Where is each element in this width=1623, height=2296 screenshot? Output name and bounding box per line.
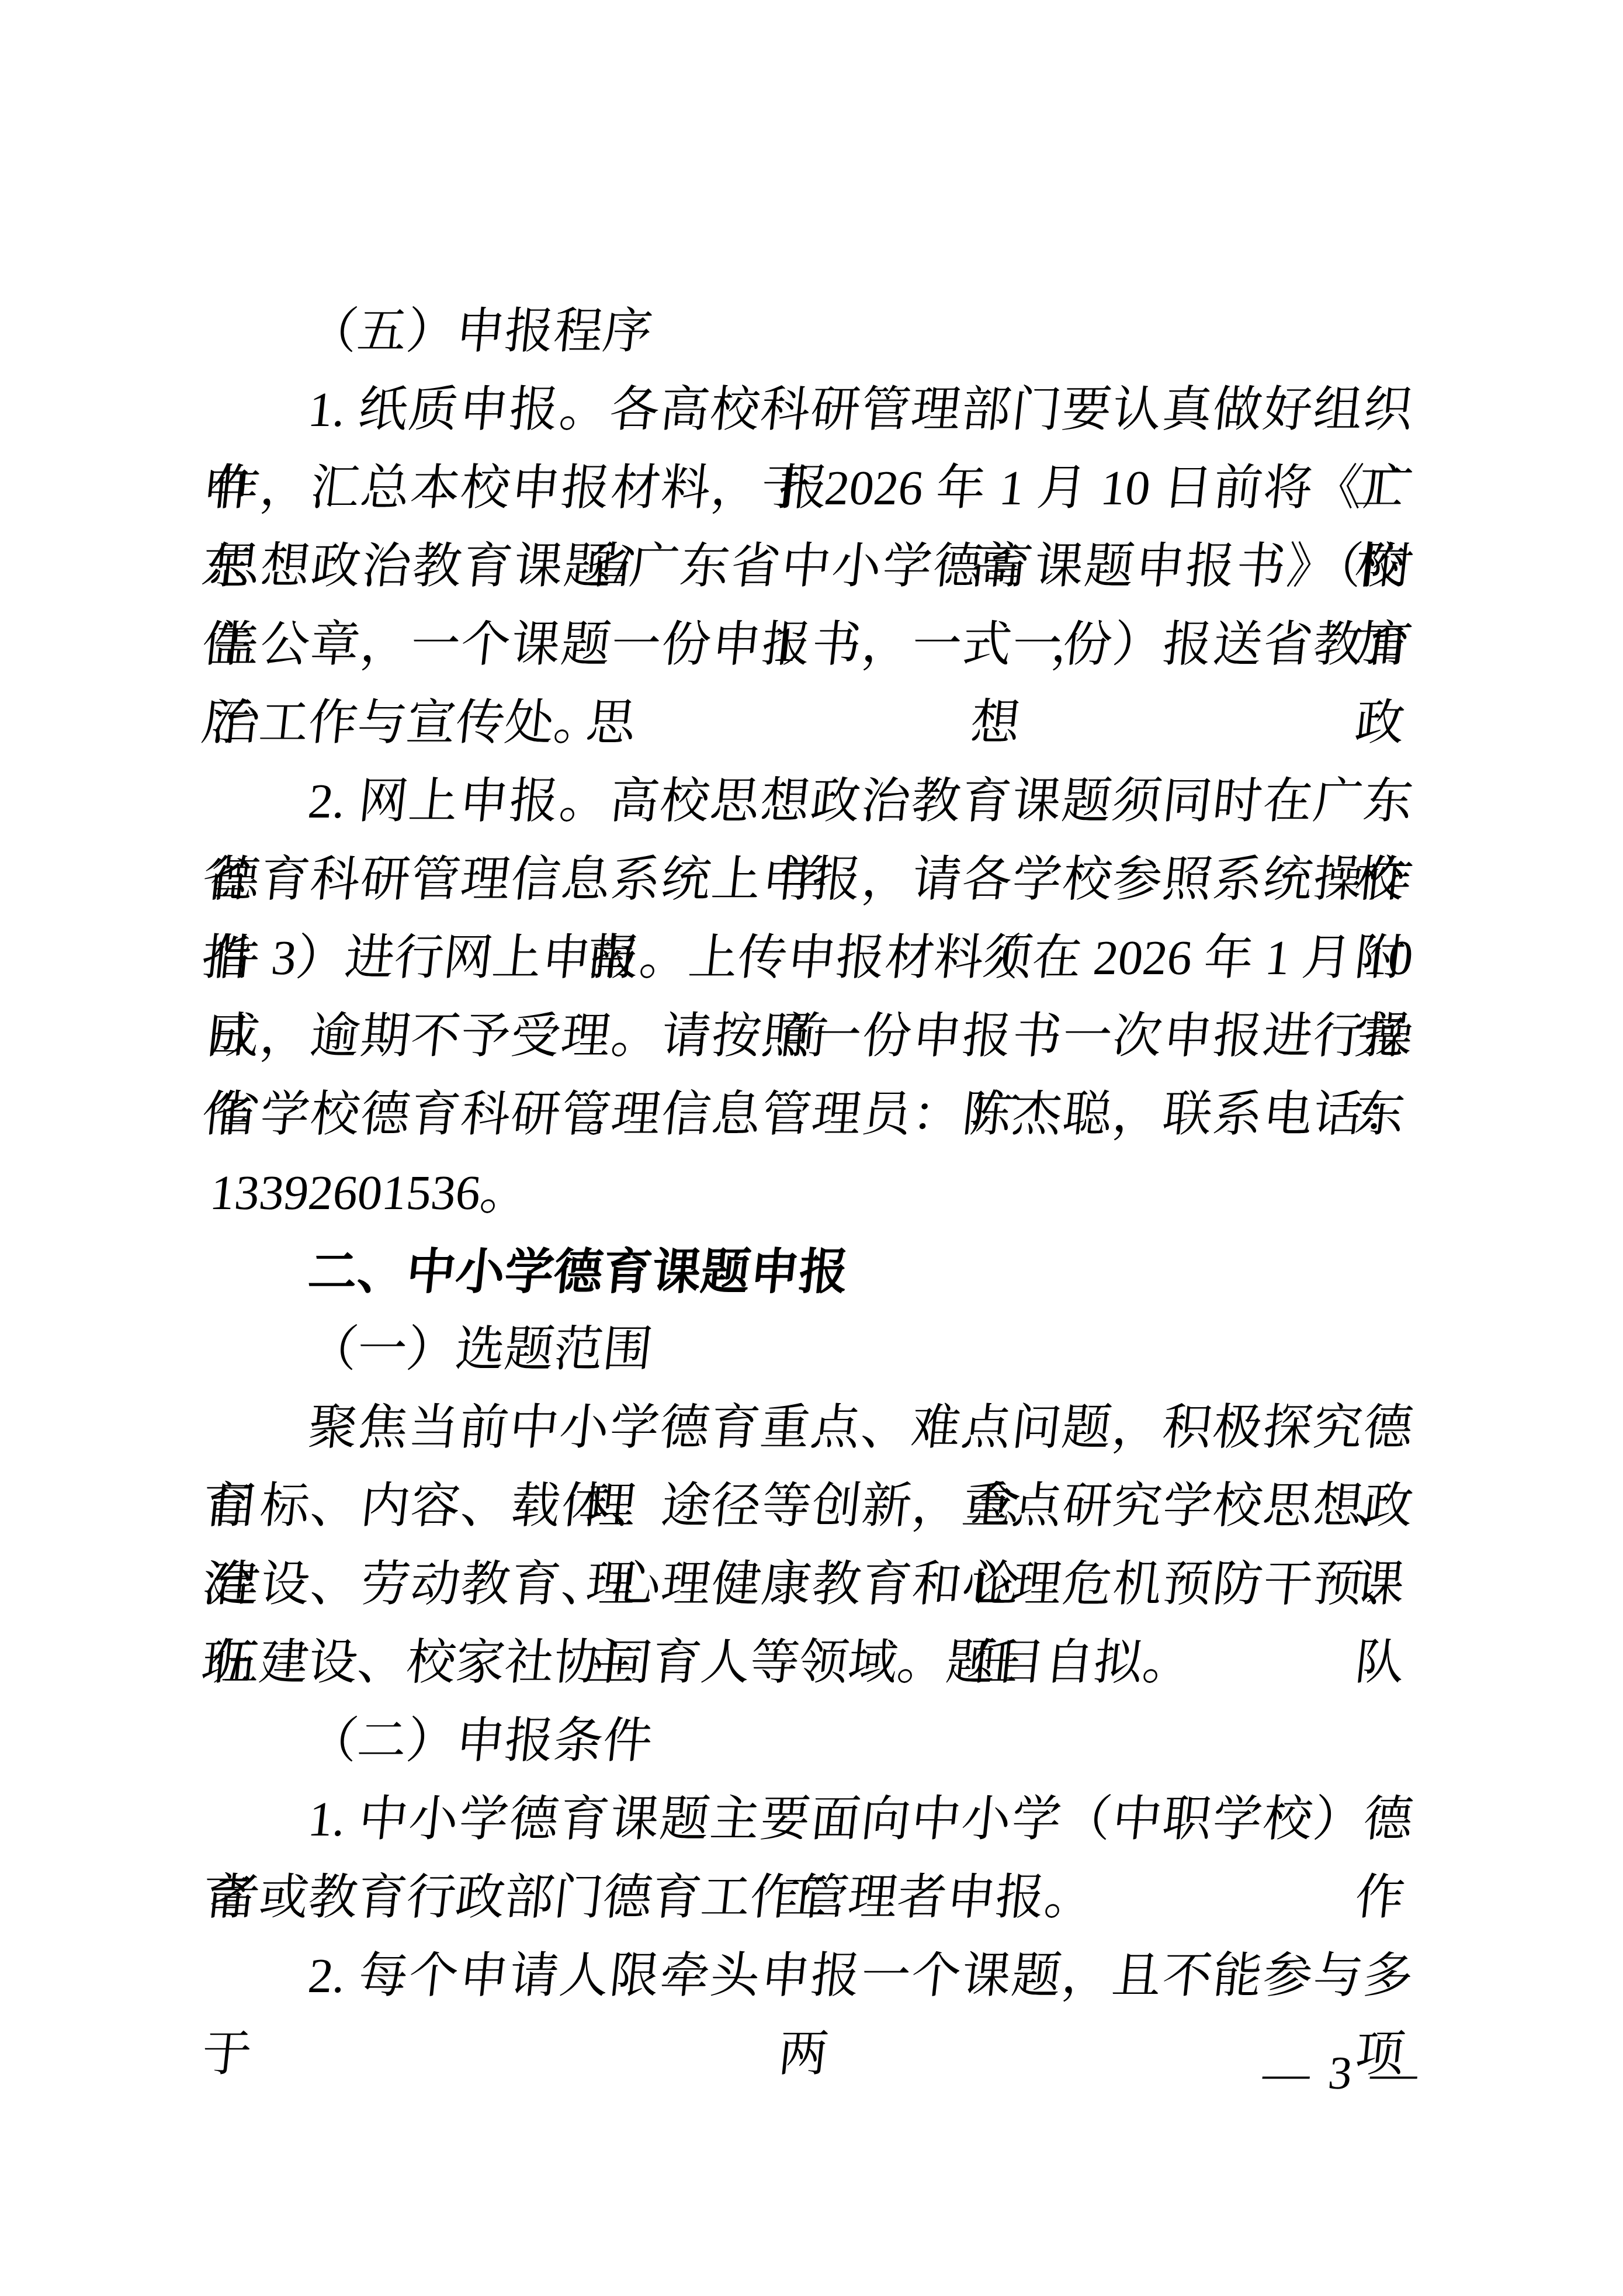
heading-section-2: 二、中小学德育课题申报: [206, 1232, 1417, 1311]
paragraph-paper-submission: 1. 纸质申报。各高校科研管理部门要认真做好组织申报工 作，汇总本校申报材料，于…: [210, 371, 1413, 763]
text-line: 2. 每个申请人限牵头申报一个课题，且不能参与多于两项: [206, 1937, 1417, 2016]
text-line: 者或教育行政部门德育工作管理者申报。: [206, 1859, 1417, 1937]
document-body: （五）申报程序 1. 纸质申报。各高校科研管理部门要认真做好组织申报工 作，汇总…: [210, 293, 1413, 2016]
text-line: 思想政治教育课题/广东省中小学德育课题申报书》（附件 1，加: [206, 528, 1417, 606]
text-line: 13392601536。: [206, 1154, 1417, 1232]
paragraph-online-submission: 2. 网上申报。高校思想政治教育课题须同时在广东省学校 德育科研管理信息系统上申…: [210, 763, 1413, 1232]
page-number: — 3 —: [1260, 2044, 1421, 2103]
text-line: 1. 中小学德育课题主要面向中小学（中职学校）德育工作: [206, 1781, 1417, 1859]
paragraph-condition-2: 2. 每个申请人限牵头申报一个课题，且不能参与多于两项: [210, 1937, 1413, 2016]
paragraph-condition-1: 1. 中小学德育课题主要面向中小学（中职学校）德育工作 者或教育行政部门德育工作…: [210, 1781, 1413, 1937]
text-line: 伍建设、校家社协同育人等领域。题目自拟。: [206, 1624, 1417, 1702]
text-line: 1. 纸质申报。各高校科研管理部门要认真做好组织申报工: [206, 371, 1417, 449]
document-page: （五）申报程序 1. 纸质申报。各高校科研管理部门要认真做好组织申报工 作，汇总…: [0, 0, 1623, 2296]
text-line: 件 3）进行网上申报。上传申报材料须在 2026 年 1 月 10 日前完: [206, 919, 1417, 998]
text-line: 省学校德育科研管理信息管理员：陈杰聪，联系电话：: [206, 1076, 1417, 1154]
text-line: 聚焦当前中小学德育重点、难点问题，积极探究德育理念、: [206, 1389, 1417, 1467]
text-line: 目标、内容、载体、途径等创新，重点研究学校思想政治理论课: [206, 1467, 1417, 1546]
heading-subsection-2: （二）申报条件: [206, 1702, 1417, 1781]
text-line: 2. 网上申报。高校思想政治教育课题须同时在广东省学校: [206, 763, 1417, 841]
paragraph-topic-scope: 聚焦当前中小学德育重点、难点问题，积极探究德育理念、 目标、内容、载体、途径等创…: [210, 1389, 1413, 1702]
heading-subsection-1: （一）选题范围: [206, 1311, 1417, 1389]
text-line: 盖公章，一个课题一份申报书，一式一份）报送省教育厅思想政: [206, 606, 1417, 684]
text-line: 治工作与宣传处。: [206, 684, 1417, 763]
text-line: 德育科研管理信息系统上申报，请各学校参照系统操作指南（附: [206, 841, 1417, 919]
text-line: 成，逾期不予受理。请按照一份申报书一次申报进行操作。广东: [206, 998, 1417, 1076]
text-line: 建设、劳动教育、心理健康教育和心理危机预防干预、班主任队: [206, 1546, 1417, 1624]
heading-section-5: （五）申报程序: [206, 293, 1417, 371]
text-line: 作，汇总本校申报材料，于 2026 年 1 月 10 日前将《广东省高校: [206, 449, 1417, 528]
